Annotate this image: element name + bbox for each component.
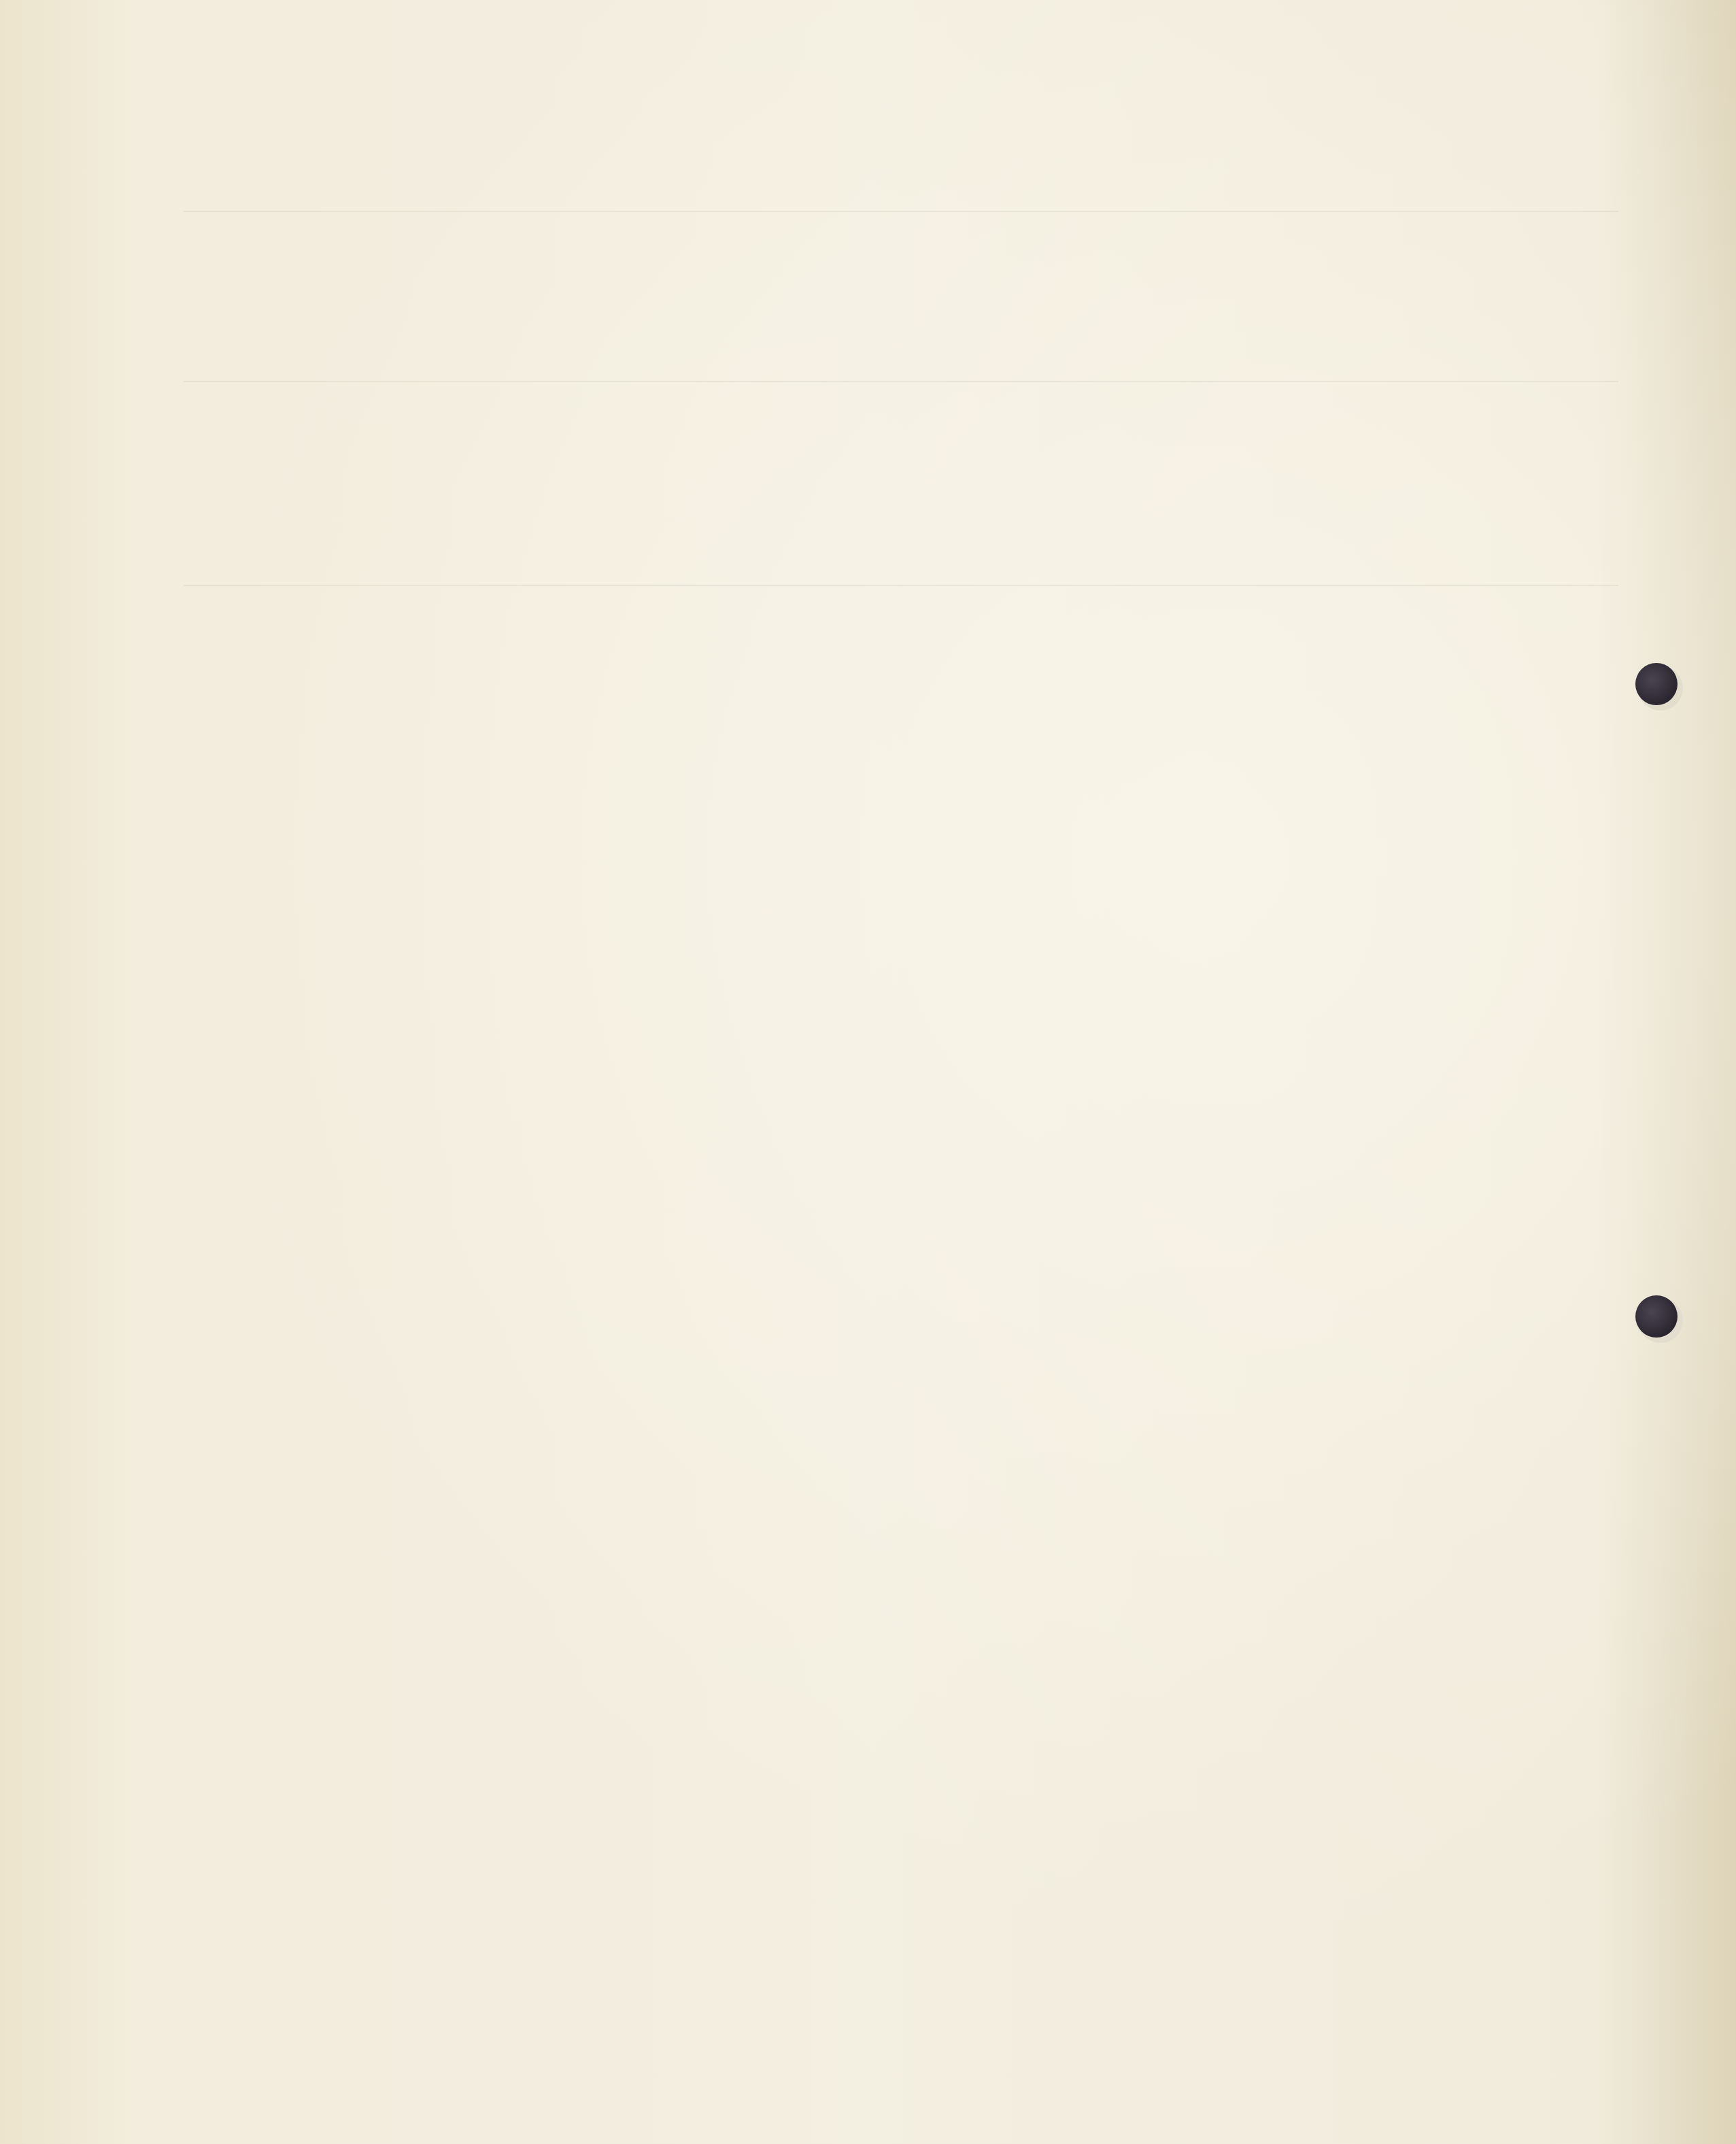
punch-hole — [1635, 663, 1678, 705]
scanned-paper-page — [0, 0, 1736, 2144]
punch-hole — [1635, 1295, 1678, 1338]
bleed-through-rule — [184, 585, 1618, 586]
bleed-through-text — [204, 809, 1564, 836]
bleed-through-rule — [184, 381, 1618, 382]
bleed-through-rule — [184, 211, 1618, 212]
